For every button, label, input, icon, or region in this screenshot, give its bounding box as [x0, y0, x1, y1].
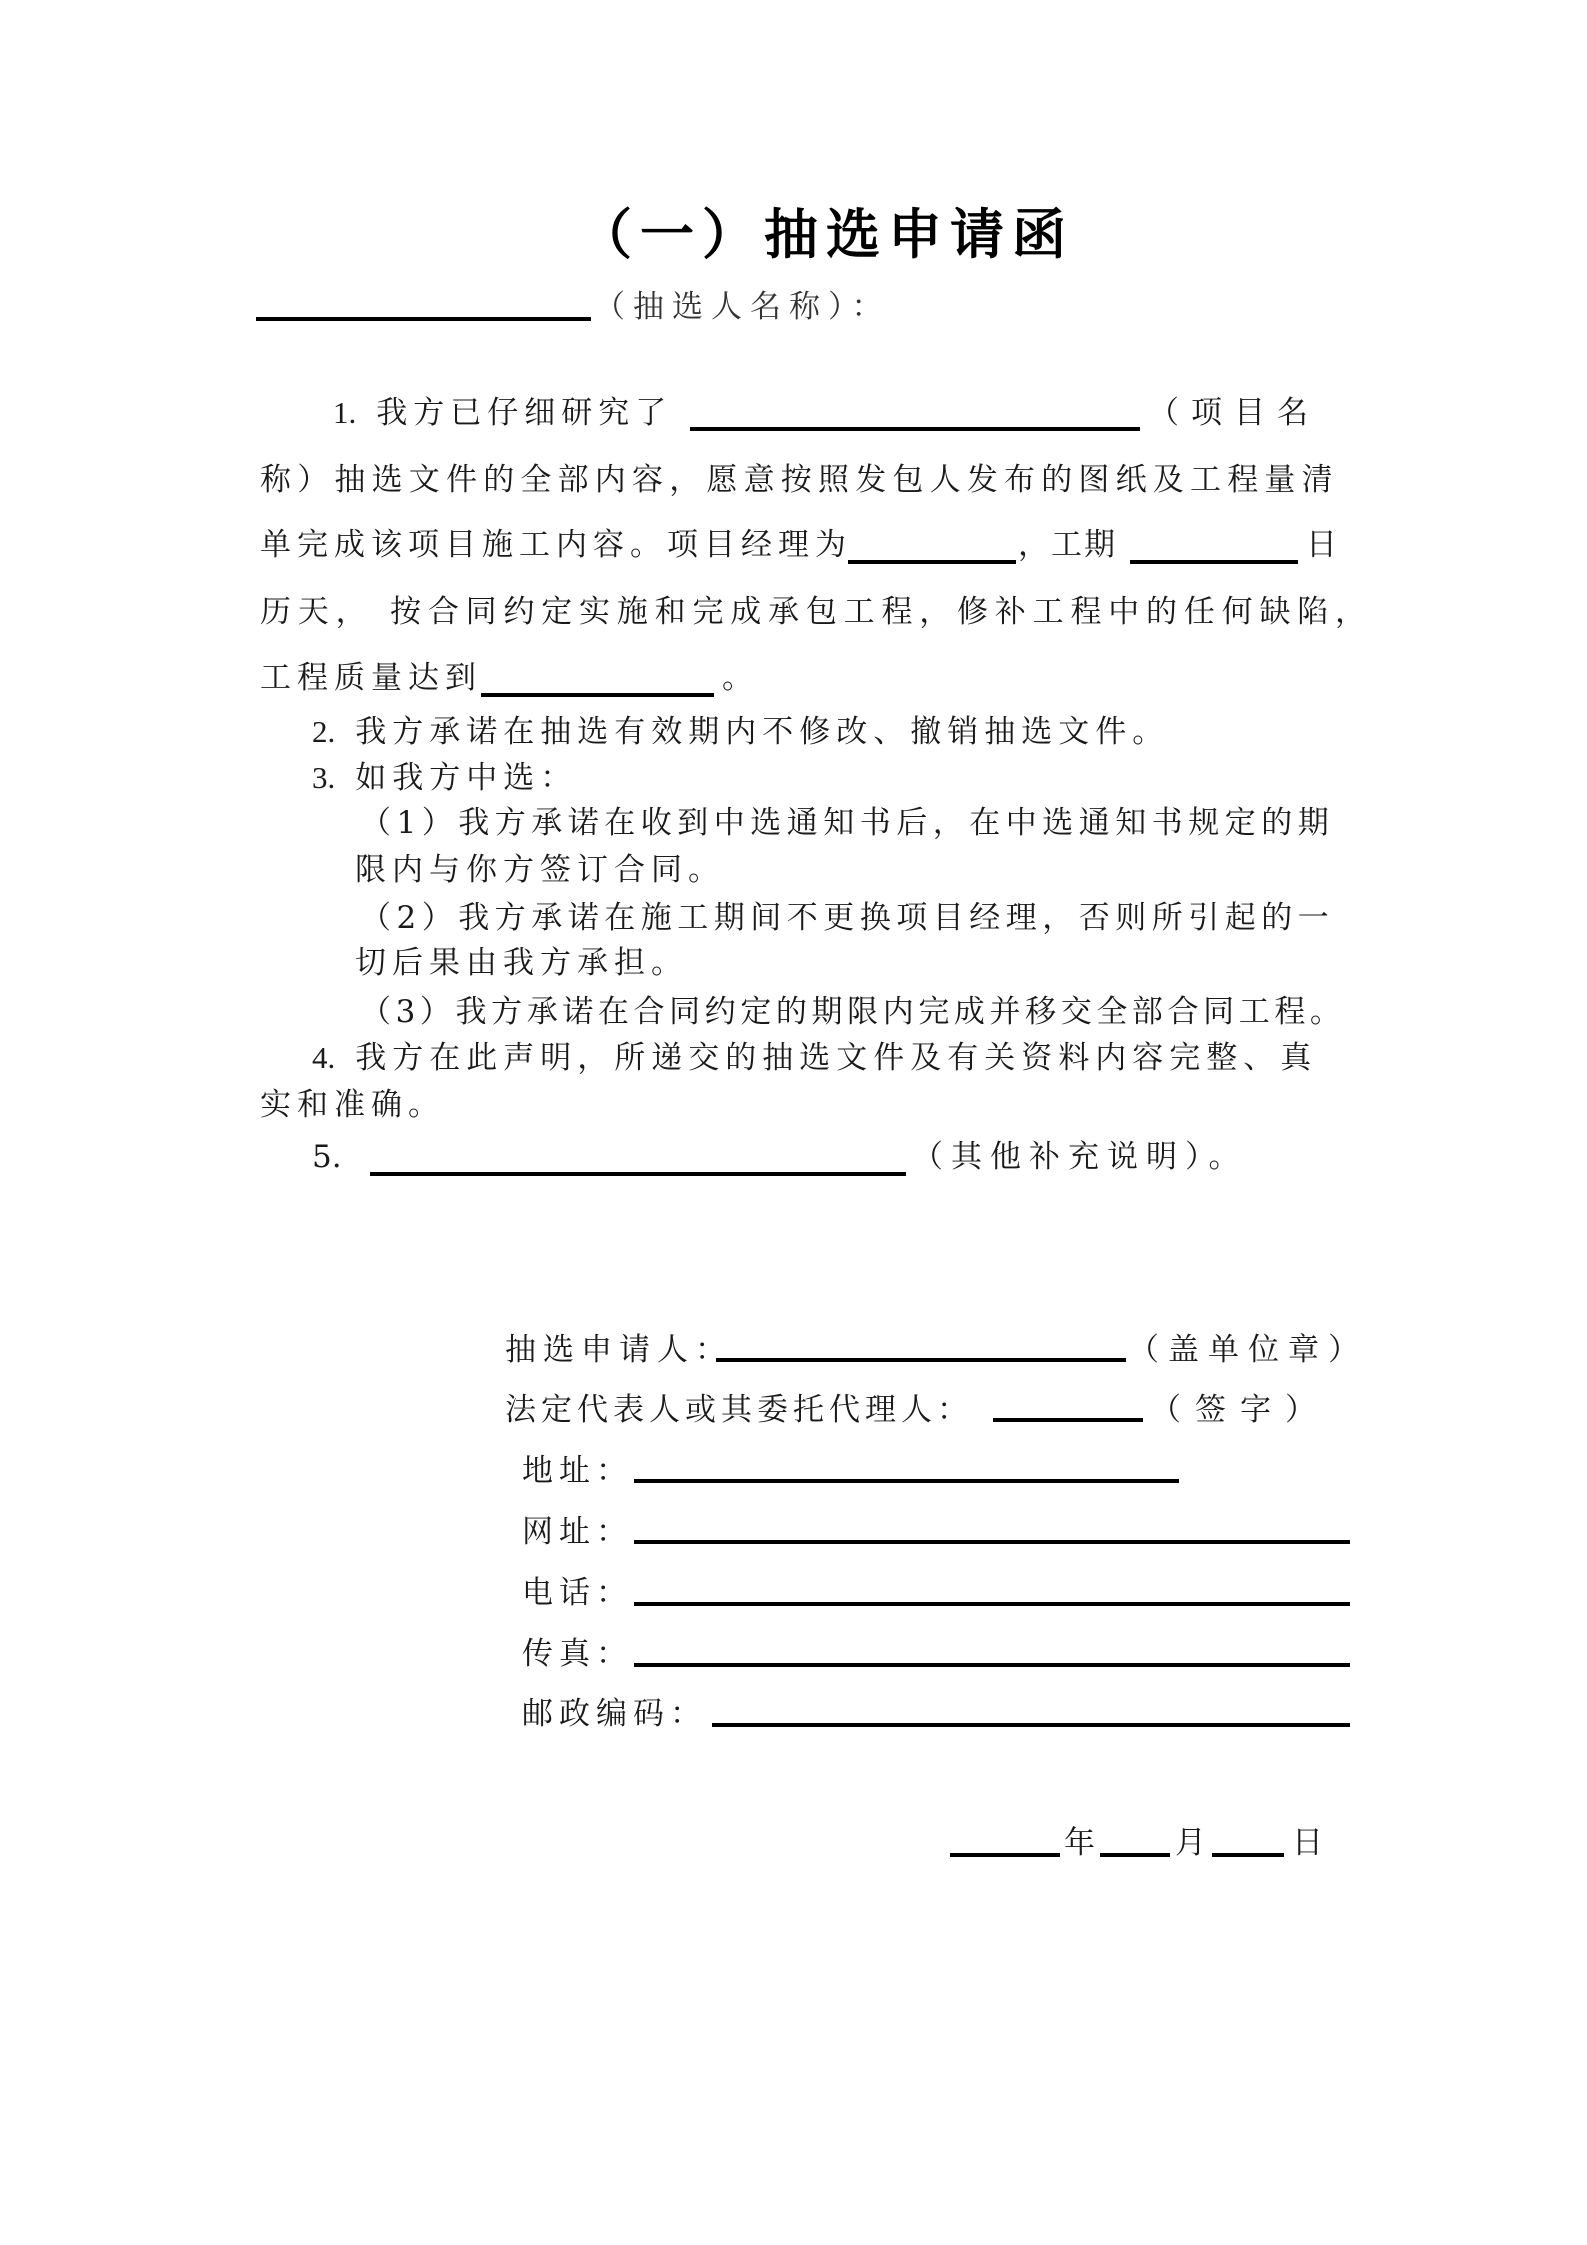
postal-code-label: 邮政编码：	[522, 1694, 707, 1734]
year-field[interactable]	[950, 1853, 1060, 1857]
item5-suffix: （其他补充说明）。	[912, 1137, 1248, 1177]
fax-label: 传真：	[522, 1634, 633, 1674]
addressee-name-field[interactable]	[256, 317, 591, 321]
item3-sub1-line2: 限内与你方签订合同。	[355, 850, 725, 890]
item5-number: 5.	[312, 1137, 342, 1177]
applicant-suffix: （盖单位章）	[1128, 1330, 1368, 1370]
item1-line4: 历天， 按合同约定实施和完成承包工程，修补工程中的任何缺陷，	[260, 592, 1373, 632]
legal-rep-label: 法定代表人或其委托代理人：	[505, 1390, 973, 1430]
addressee-suffix: （抽选人名称）：	[594, 287, 891, 327]
item3-sub3-line1: （3）我方承诺在合同约定的期限内完成并移交全部合同工程。	[360, 992, 1346, 1032]
item3: 3.如我方中选：	[312, 758, 577, 798]
website-label: 网址：	[522, 1512, 633, 1552]
item2: 2.我方承诺在抽选有效期内不修改、撤销抽选文件。	[312, 712, 1169, 752]
address-label: 地址：	[522, 1451, 633, 1491]
item1-number: 1.	[333, 395, 356, 430]
fax-field[interactable]	[634, 1663, 1350, 1667]
item1-project-name-suffix: （项目名	[1148, 393, 1320, 433]
month-label: 月	[1175, 1823, 1212, 1863]
days-unit: 日	[1306, 525, 1343, 565]
item3-sub2-line1: （2）我方承诺在施工期间不更换项目经理，否则所引起的一	[360, 898, 1334, 938]
website-field[interactable]	[634, 1540, 1350, 1544]
other-notes-field[interactable]	[370, 1172, 906, 1176]
document-title: （一）抽选申请函	[578, 200, 1074, 270]
phone-label: 电话：	[522, 1573, 633, 1613]
item1-line2: 称）抽选文件的全部内容，愿意按照发包人发布的图纸及工程量清	[260, 460, 1339, 500]
day-field[interactable]	[1212, 1853, 1284, 1857]
year-label: 年	[1064, 1823, 1101, 1863]
address-field[interactable]	[634, 1479, 1179, 1483]
postal-code-field[interactable]	[712, 1723, 1350, 1727]
applicant-label: 抽选申请人：	[505, 1330, 733, 1370]
item1-line5: 工程质量达到	[260, 658, 482, 698]
item3-sub1-line1: （1）我方承诺在收到中选通知书后，在中选通知书规定的期	[360, 803, 1334, 843]
project-manager-field[interactable]	[848, 560, 1016, 564]
item4-line1: 4.我方在此声明，所递交的抽选文件及有关资料内容完整、真	[312, 1038, 1317, 1078]
duration-label: ，工期	[1018, 525, 1117, 565]
applicant-field[interactable]	[716, 1358, 1126, 1362]
item1-line1: 1.我方已仔细研究了	[333, 393, 672, 433]
quality-standard-field[interactable]	[481, 693, 714, 697]
item1-line5-end: 。	[722, 658, 759, 698]
item1-line3: 单完成该项目施工内容。项目经理为	[260, 525, 852, 565]
legal-rep-suffix: （签字）	[1150, 1390, 1330, 1430]
duration-days-field[interactable]	[1130, 560, 1298, 564]
month-field[interactable]	[1100, 1853, 1170, 1857]
day-label: 日	[1292, 1823, 1329, 1863]
project-name-field[interactable]	[690, 427, 1140, 431]
phone-field[interactable]	[634, 1602, 1350, 1606]
item3-sub2-line2: 切后果由我方承担。	[355, 943, 688, 983]
item4-line2: 实和准确。	[260, 1085, 445, 1125]
legal-rep-signature-field[interactable]	[993, 1418, 1143, 1422]
